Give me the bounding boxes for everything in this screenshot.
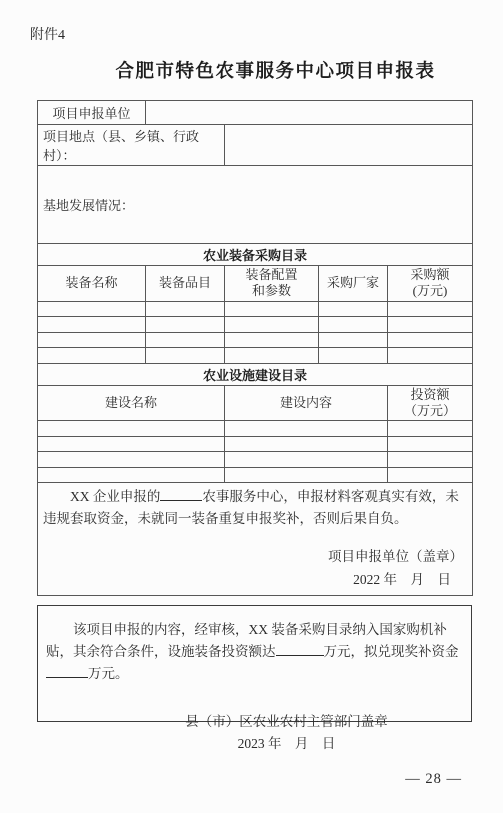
applicant-label-cell: 项目申报单位: [38, 101, 146, 125]
equipment-col-vendor: 采购厂家: [319, 266, 388, 302]
page-number: — 28 —: [405, 771, 462, 788]
applicant-signature-block: 项目申报单位（盖章） 2022 年 月 日: [43, 546, 467, 592]
equipment-empty-row: [38, 332, 473, 348]
equipment-col-config: 装备配置 和参数: [225, 266, 319, 302]
attachment-label: 附件4: [30, 24, 503, 44]
table-cell-empty: [388, 332, 473, 348]
table-cell-empty: [38, 467, 225, 483]
table-cell-empty: [388, 421, 473, 437]
table-cell-empty: [225, 348, 319, 364]
facility-empty-row: [38, 467, 473, 483]
facility-empty-row: [38, 452, 473, 468]
table-cell-empty: [38, 348, 146, 364]
facility-section-title: 农业设施建设目录: [38, 363, 473, 385]
table-cell-empty: [319, 317, 388, 333]
facility-header-row: 建设名称 建设内容 投资额 （万元）: [38, 385, 473, 421]
authority-date-line: 2023 年 月 日: [110, 733, 463, 755]
table-cell-empty: [225, 452, 388, 468]
table-cell-empty: [319, 332, 388, 348]
table-cell-empty: [388, 467, 473, 483]
authority-review-box: 该项目申报的内容，经审核，XX 装备采购目录纳入国家购机补贴，其余符合条件，设施…: [37, 605, 472, 722]
location-value-cell: [225, 125, 473, 166]
blank-line: [276, 642, 324, 656]
table-cell-empty: [38, 301, 146, 317]
equipment-section-row: 农业装备采购目录: [38, 244, 473, 266]
application-form-table: 项目申报单位 项目地点（县、乡镇、行政村）： 基地发展情况： 农业装备采购目录 …: [37, 100, 473, 596]
facility-empty-row: [38, 436, 473, 452]
table-cell-empty: [38, 332, 146, 348]
table-cell-empty: [146, 317, 225, 333]
facility-section-row: 农业设施建设目录: [38, 363, 473, 385]
applicant-date-line: 2022 年 月 日: [43, 569, 463, 592]
table-cell-empty: [225, 332, 319, 348]
table-cell-empty: [319, 301, 388, 317]
table-cell-empty: [38, 436, 225, 452]
table-cell-empty: [388, 348, 473, 364]
table-cell-empty: [225, 317, 319, 333]
table-cell-empty: [38, 421, 225, 437]
equipment-col-amount: 采购额 (万元): [388, 266, 473, 302]
equipment-empty-row: [38, 301, 473, 317]
table-cell-empty: [388, 317, 473, 333]
table-cell-empty: [388, 436, 473, 452]
authority-review-text: 该项目申报的内容，经审核，XX 装备采购目录纳入国家购机补贴，其余符合条件，设施…: [46, 619, 463, 685]
blank-line: [46, 664, 88, 678]
facility-col-investment: 投资额 （万元）: [388, 385, 473, 421]
applicant-declaration-row: XX 企业申报的农事服务中心，申报材料客观真实有效，未违规套取资金，未就同一装备…: [38, 483, 473, 596]
applicant-signature-label: 项目申报单位（盖章）: [43, 546, 463, 569]
table-cell-empty: [38, 317, 146, 333]
equipment-col-category: 装备品目: [146, 266, 225, 302]
authority-signature-block: 县（市）区农业农村主管部门盖章 2023 年 月 日: [46, 711, 463, 756]
table-cell-empty: [225, 421, 388, 437]
applicant-value-cell: [146, 101, 473, 125]
location-label-cell: 项目地点（县、乡镇、行政村）：: [38, 125, 225, 166]
table-cell-empty: [225, 467, 388, 483]
applicant-row: 项目申报单位: [38, 101, 473, 125]
table-cell-empty: [38, 452, 225, 468]
equipment-section-title: 农业装备采购目录: [38, 244, 473, 266]
page-title: 合肥市特色农事服务中心项目申报表: [48, 57, 503, 83]
equipment-col-name: 装备名称: [38, 266, 146, 302]
table-cell-empty: [225, 436, 388, 452]
facility-col-content: 建设内容: [225, 385, 388, 421]
equipment-empty-row: [38, 317, 473, 333]
table-cell-empty: [146, 301, 225, 317]
table-cell-empty: [146, 348, 225, 364]
base-status-row: 基地发展情况：: [38, 166, 473, 244]
location-row: 项目地点（县、乡镇、行政村）：: [38, 125, 473, 166]
applicant-declaration-text: XX 企业申报的农事服务中心，申报材料客观真实有效，未违规套取资金，未就同一装备…: [43, 486, 467, 530]
equipment-header-row: 装备名称 装备品目 装备配置 和参数 采购厂家 采购额 (万元): [38, 266, 473, 302]
facility-empty-row: [38, 421, 473, 437]
applicant-declaration-cell: XX 企业申报的农事服务中心，申报材料客观真实有效，未违规套取资金，未就同一装备…: [38, 483, 473, 596]
base-status-cell: 基地发展情况：: [38, 166, 473, 244]
table-cell-empty: [225, 301, 319, 317]
blank-line: [160, 487, 202, 501]
table-cell-empty: [388, 301, 473, 317]
equipment-empty-row: [38, 348, 473, 364]
table-cell-empty: [146, 332, 225, 348]
facility-col-name: 建设名称: [38, 385, 225, 421]
table-cell-empty: [319, 348, 388, 364]
authority-signature-label: 县（市）区农业农村主管部门盖章: [110, 711, 463, 733]
table-cell-empty: [388, 452, 473, 468]
